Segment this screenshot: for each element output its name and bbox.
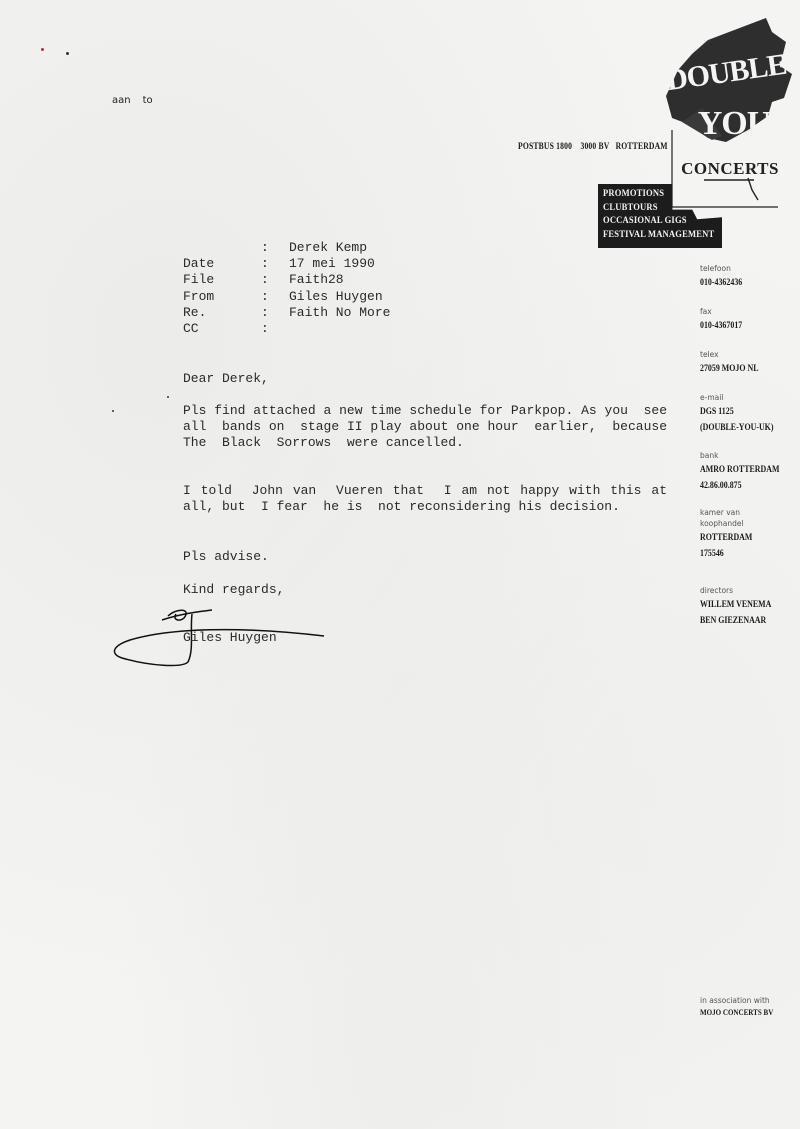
- closing: Kind regards,: [183, 582, 667, 598]
- paper-speck: [41, 48, 44, 51]
- signature-name: Giles Huygen: [183, 630, 277, 645]
- contact-value: AMRO ROTTERDAM: [700, 461, 788, 477]
- association: in association with MOJO CONCERTS BV: [700, 996, 770, 1020]
- svg-text:CONCERTS: CONCERTS: [681, 159, 779, 178]
- memo-value-from: Giles Huygen: [289, 289, 383, 305]
- association-value: MOJO CONCERTS BV: [700, 1006, 762, 1020]
- service-festival-management: FESTIVAL MANAGEMENT: [603, 229, 710, 243]
- service-occasional-gigs: OCCASIONAL GIGS: [603, 215, 710, 229]
- memo-colon: :: [261, 305, 289, 321]
- memo-label: From: [183, 289, 261, 305]
- memo-label: [183, 240, 261, 256]
- paragraph-3: Pls advise.: [183, 549, 667, 565]
- contact-value: (DOUBLE-YOU-UK): [700, 419, 788, 435]
- contact-label: telex: [700, 349, 800, 360]
- memo-colon: :: [261, 256, 289, 272]
- contact-value: WILLEM VENEMA: [700, 596, 788, 612]
- contact-label: telefoon: [700, 263, 800, 274]
- contact-value: 27059 MOJO NL: [700, 360, 788, 376]
- contact-value: 42.86.00.875: [700, 477, 788, 493]
- memo-value-file: Faith28: [289, 272, 344, 288]
- contact-value: 175546: [700, 545, 753, 561]
- contact-telefoon: telefoon 010-4362436: [700, 263, 800, 290]
- memo-row-file: File : Faith28: [183, 272, 390, 288]
- memo-row-re: Re. : Faith No More: [183, 305, 390, 321]
- memo-colon: :: [261, 289, 289, 305]
- contact-telex: telex 27059 MOJO NL: [700, 349, 800, 376]
- contact-email: e-mail DGS 1125 (DOUBLE-YOU-UK): [700, 392, 800, 435]
- aan-label: aan: [112, 95, 131, 106]
- paragraph-1: Pls find attached a new time schedule fo…: [183, 403, 667, 452]
- memo-colon: :: [261, 240, 289, 256]
- contact-value: 010-4362436: [700, 274, 788, 290]
- contact-label: directors: [700, 585, 800, 596]
- contact-value: BEN GIEZENAAR: [700, 612, 788, 628]
- contact-label: bank: [700, 450, 800, 461]
- memo-colon: :: [261, 321, 289, 337]
- svg-text:YOU: YOU: [698, 105, 771, 142]
- contact-value: ROTTERDAM: [700, 529, 753, 545]
- contact-kvk: kamer van koophandel ROTTERDAM 175546: [700, 507, 760, 561]
- memo-value-date: 17 mei 1990: [289, 256, 375, 272]
- contact-bank: bank AMRO ROTTERDAM 42.86.00.875: [700, 450, 800, 493]
- postal-address: POSTBUS 1800 3000 BV ROTTERDAM: [518, 141, 668, 151]
- association-label: in association with: [700, 996, 770, 1006]
- memo-row-date: Date : 17 mei 1990: [183, 256, 390, 272]
- memo-label: File: [183, 272, 261, 288]
- memo-label: Re.: [183, 305, 261, 321]
- contact-directors: directors WILLEM VENEMA BEN GIEZENAAR: [700, 585, 800, 628]
- contact-label: fax: [700, 306, 800, 317]
- memo-value-re: Faith No More: [289, 305, 390, 321]
- paper-speck: [112, 410, 114, 412]
- contact-value: DGS 1125: [700, 403, 788, 419]
- addressee-label: aanto: [112, 95, 165, 106]
- memo-row-from: From : Giles Huygen: [183, 289, 390, 305]
- contact-label: e-mail: [700, 392, 800, 403]
- paper-speck: [167, 396, 169, 398]
- paragraph-2: I told John van Vueren that I am not hap…: [183, 483, 667, 515]
- memo-row-to: : Derek Kemp: [183, 240, 390, 256]
- memo-label: CC: [183, 321, 261, 337]
- paper-speck: [66, 52, 69, 55]
- memo-header: : Derek Kemp Date : 17 mei 1990 File : F…: [183, 240, 390, 337]
- contact-label: kamer van koophandel: [700, 507, 760, 529]
- memo-label: Date: [183, 256, 261, 272]
- memo-value-to: Derek Kemp: [289, 240, 367, 256]
- to-label: to: [143, 95, 153, 106]
- memo-row-cc: CC :: [183, 321, 390, 337]
- salutation: Dear Derek,: [183, 371, 667, 387]
- memo-colon: :: [261, 272, 289, 288]
- contact-value: 010-4367017: [700, 317, 788, 333]
- double-you-concerts-logo: DOUBLE YOU CONCERTS: [652, 12, 794, 212]
- contact-fax: fax 010-4367017: [700, 306, 800, 333]
